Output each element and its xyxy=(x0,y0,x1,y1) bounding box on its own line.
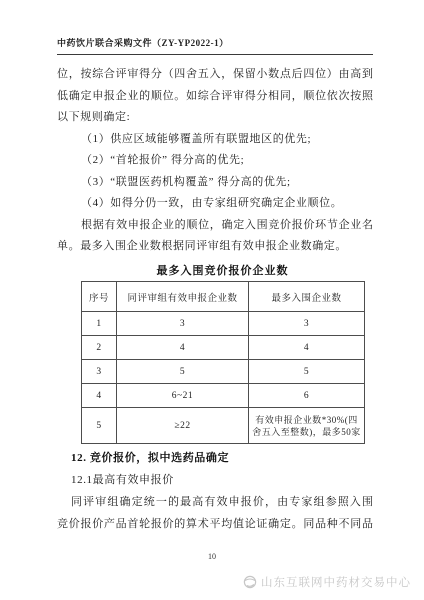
section-12-line: 竞价报价产品首轮报价的算术平均值论证确定。同品种不同品 xyxy=(57,513,373,535)
table-cell: ≥22 xyxy=(117,408,249,444)
section-12-1-subheading: 12.1最高有效申报价 xyxy=(57,469,373,491)
table-cell: 3 xyxy=(249,312,365,336)
table-header-cell: 最多入围企业数 xyxy=(249,282,365,312)
table-cell: 6~21 xyxy=(117,384,249,408)
body-line: 以下规则确定: xyxy=(57,107,373,129)
table-header-cell: 同评审组有效申报企业数 xyxy=(117,282,249,312)
table-row: 3 5 5 xyxy=(82,360,365,384)
max-shortlist-table: 序号 同评审组有效申报企业数 最多入围企业数 1 3 3 2 4 4 3 5 5… xyxy=(81,281,365,444)
section-12: 12. 竞价报价，拟中选药品确定 12.1最高有效申报价 同评审组确定统一的最高… xyxy=(57,447,373,535)
table-cell: 4 xyxy=(117,336,249,360)
body-line: 根据有效申报企业的顺位，确定入围竞价报价环节企业名 xyxy=(57,215,373,237)
document-header-title: 中药饮片联合采购文件（ZY-YP2022-1） xyxy=(57,36,373,55)
body-paragraphs: 位，按综合评审得分（四舍五入，保留小数点后四位）由高到 低确定申报企业的顺位。如… xyxy=(57,64,373,258)
table-row: 5 ≥22 有效申报企业数*30%(四舍五入至整数)，最多50家 xyxy=(82,408,365,444)
table-header-row: 序号 同评审组有效申报企业数 最多入围企业数 xyxy=(82,282,365,312)
table-header-cell: 序号 xyxy=(82,282,117,312)
body-line-rule-2: （2）“首轮报价” 得分高的优先; xyxy=(57,150,373,172)
watermark-text: 山东互联网中药材交易中心 xyxy=(261,574,411,590)
body-line: 单。最多入围企业数根据同评审组有效申报企业数确定。 xyxy=(57,236,373,258)
table-row: 1 3 3 xyxy=(82,312,365,336)
exchange-center-logo-icon xyxy=(243,575,257,589)
table-cell: 5 xyxy=(249,360,365,384)
table-cell: 4 xyxy=(249,336,365,360)
body-line-rule-4: （4）如得分仍一致，由专家组研究确定企业顺位。 xyxy=(57,193,373,215)
table-title: 最多入围竞价报价企业数 xyxy=(81,262,364,278)
body-line-rule-3: （3）“联盟医药机构覆盖” 得分高的优先; xyxy=(57,172,373,194)
table-cell: 6 xyxy=(249,384,365,408)
body-line: 位，按综合评审得分（四舍五入，保留小数点后四位）由高到 xyxy=(57,64,373,86)
watermark: 山东互联网中药材交易中心 xyxy=(243,574,411,590)
table-cell: 3 xyxy=(82,360,117,384)
table-cell: 2 xyxy=(82,336,117,360)
page-number: 10 xyxy=(0,552,424,561)
table-cell: 有效申报企业数*30%(四舍五入至整数)，最多50家 xyxy=(249,408,365,444)
body-line: 低确定申报企业的顺位。如综合评审得分相同，顺位依次按照 xyxy=(57,86,373,108)
table-row: 2 4 4 xyxy=(82,336,365,360)
table-cell: 1 xyxy=(82,312,117,336)
section-12-line: 同评审组确定统一的最高有效申报价，由专家组参照入围 xyxy=(57,491,373,513)
table-row: 4 6~21 6 xyxy=(82,384,365,408)
table-cell: 4 xyxy=(82,384,117,408)
table-cell: 5 xyxy=(117,360,249,384)
section-12-heading: 12. 竞价报价，拟中选药品确定 xyxy=(57,447,373,469)
body-line-rule-1: （1）供应区域能够覆盖所有联盟地区的优先; xyxy=(57,129,373,151)
document-page: 中药饮片联合采购文件（ZY-YP2022-1） 位，按综合评审得分（四舍五入，保… xyxy=(0,0,424,600)
table-cell: 3 xyxy=(117,312,249,336)
table-cell: 5 xyxy=(82,408,117,444)
